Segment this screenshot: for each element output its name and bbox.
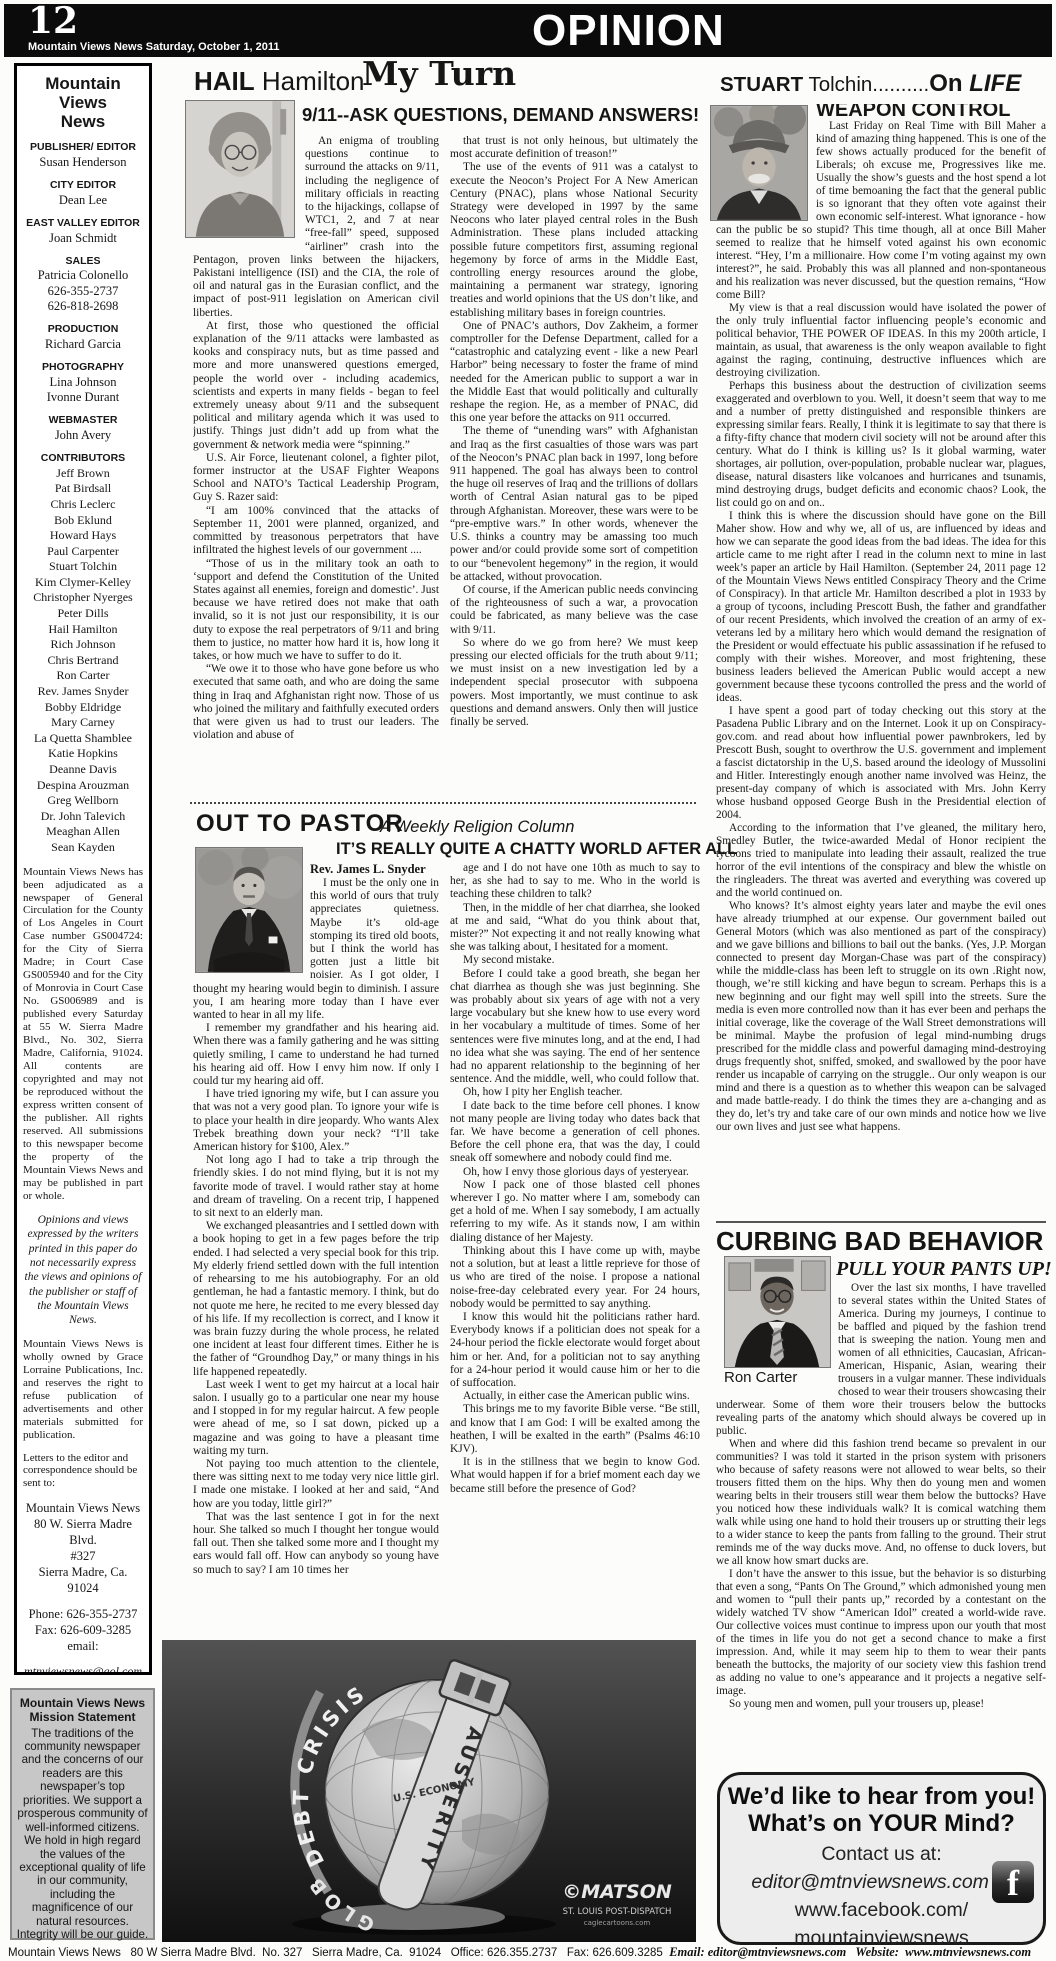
article-paragraph: U.S. Air Force, lieutenant colonel, a fi…: [193, 452, 439, 505]
contributor-name: Bobby Eldridge: [23, 700, 143, 716]
staff-entry: SALES Patricia Colonello 626-355-2737 62…: [23, 255, 143, 314]
article-paragraph: I date back to the time before cell phon…: [450, 1100, 700, 1166]
article-paragraph: My second mistake.: [450, 954, 700, 967]
pastor-column-2: age and I do not have one 10th as much t…: [450, 862, 700, 1614]
article-paragraph: This brings me to my favorite Bible vers…: [450, 1403, 700, 1456]
article-paragraph: “I am 100% convinced that the attacks of…: [193, 505, 439, 558]
section-divider: [190, 802, 696, 804]
contributor-name: Chris Bertrand: [23, 653, 143, 669]
staff-role: WEBMASTER: [23, 414, 143, 428]
on-life-kicker: STUART Tolchin..........On LIFE: [720, 70, 1021, 98]
article-paragraph: Last week I went to get my haircut at a …: [193, 1379, 439, 1458]
article-paragraph: Thinking about this I have come up with,…: [450, 1245, 700, 1311]
feedback-box: We’d like to hear from you! What’s on YO…: [717, 1772, 1046, 1945]
article-paragraph: I remember my grandfather and his hearin…: [193, 1022, 439, 1088]
page-number: 12: [28, 0, 78, 42]
my-turn-column-2: that trust is not only heinous, but ulti…: [450, 135, 698, 803]
page-banner: 12 Mountain Views News Saturday, October…: [4, 4, 1052, 57]
feedback-facebook-url-1: www.facebook.com/: [720, 1899, 1043, 1922]
contact-email: mtnviewsnews@aol.com: [23, 1664, 143, 1675]
staff-role: EAST VALLEY EDITOR: [23, 217, 143, 231]
globe-austerity-cartoon: AUSTERITY DEBT CRISIS GLOBAL U.S. ECONOM…: [162, 1640, 696, 1942]
article-paragraph: that trust is not only heinous, but ulti…: [450, 135, 698, 161]
brand-on: On: [929, 70, 969, 97]
masthead-box: Mountain Views News PUBLISHER/ EDITOR Su…: [14, 63, 152, 1675]
phone-fax-block: Phone: 626-355-2737 Fax: 626-609-3285 em…: [23, 1606, 143, 1654]
article-paragraph: Actually, in either case the American pu…: [450, 1390, 700, 1403]
staff-names: Susan Henderson: [23, 155, 143, 170]
opinions-disclaimer: Opinions and views expressed by the writ…: [23, 1213, 143, 1328]
pastor-subtitle: A Weekly Religion Column: [380, 818, 574, 837]
article-paragraph: age and I do not have one 10th as much t…: [450, 862, 700, 902]
kicker-bold: STUART: [720, 73, 803, 96]
article-paragraph: I know this would hit the politicians ra…: [450, 1311, 700, 1390]
staff-role: PRODUCTION: [23, 323, 143, 337]
contributor-name: Stuart Tolchin: [23, 559, 143, 575]
ownership-notice: Mountain Views News is wholly owned by G…: [23, 1338, 143, 1442]
contributors-label: CONTRIBUTORS: [23, 452, 143, 466]
kicker-bold: HAIL: [194, 66, 255, 96]
staff-list: PUBLISHER/ EDITOR Susan Henderson CITY E…: [23, 141, 143, 443]
contributor-name: Deanne Davis: [23, 762, 143, 778]
contributor-name: Chris Leclerc: [23, 497, 143, 513]
contributor-name: Bob Eklund: [23, 513, 143, 529]
article-paragraph: I have tried ignoring my wife, but I can…: [193, 1088, 439, 1154]
contributor-name: Hail Hamilton: [23, 622, 143, 638]
staff-entry: PRODUCTION Richard Garcia: [23, 323, 143, 352]
pastor-title: OUT TO PASTOR: [196, 810, 404, 838]
feedback-line1: We’d like to hear from you!: [720, 1784, 1043, 1811]
article-paragraph: Then, in the middle of her chat diarrhea…: [450, 902, 700, 955]
staff-names: Patricia Colonello 626-355-2737 626-818-…: [23, 268, 143, 314]
on-life-body: WEAPON CONTROL Last Friday on Real Time …: [716, 104, 1046, 1206]
staff-role: SALES: [23, 255, 143, 269]
article-paragraph: That was the last sentence I got in for …: [193, 1511, 439, 1577]
article-paragraph: We exchanged pleasantries and I settled …: [193, 1220, 439, 1378]
article-paragraph: Not paying too much attention to the cli…: [193, 1458, 439, 1511]
masthead-title: Mountain Views News: [23, 74, 143, 131]
contributor-name: Meaghan Allen: [23, 824, 143, 840]
article-paragraph: Oh, how I pity her English teacher.: [450, 1086, 700, 1099]
contributor-name: Dr. John Talevich: [23, 809, 143, 825]
kicker-name: Hamilton: [255, 66, 365, 96]
contributors-list: Jeff BrownPat BirdsallChris LeclercBob E…: [23, 466, 143, 856]
syndicate-credit: ST. LOUIS POST-DISPATCH: [563, 1907, 672, 1917]
my-turn-column-1: An enigma of troubling questions continu…: [193, 135, 439, 800]
contributor-name: Rev. James Snyder: [23, 684, 143, 700]
staff-role: PUBLISHER/ EDITOR: [23, 141, 143, 155]
article-paragraph: So where do we go from here? We must kee…: [450, 637, 698, 729]
article-paragraph: The use of the events of 911 was a catal…: [450, 161, 698, 319]
contributor-name: Kim Clymer-Kelley: [23, 575, 143, 591]
article-paragraph: So young men and women, pull your trouse…: [716, 1698, 1046, 1711]
mission-statement-box: Mountain Views News Mission Statement Th…: [10, 1688, 155, 1940]
article-paragraph: “Those of us in the military took an oat…: [193, 558, 439, 664]
mailing-address: Mountain Views News 80 W. Sierra Madre B…: [23, 1500, 143, 1596]
feedback-line2: What’s on YOUR Mind?: [720, 1811, 1043, 1838]
mission-title: Mountain Views News Mission Statement: [16, 1697, 149, 1725]
article-paragraph: It is in the stillness that we begin to …: [450, 1456, 700, 1496]
facebook-icon: f: [992, 1861, 1034, 1903]
contributor-name: Despina Arouzman: [23, 778, 143, 794]
section-divider: [716, 1221, 1046, 1223]
contributor-name: Pat Birdsall: [23, 481, 143, 497]
photo-spacer: [716, 104, 816, 224]
contributor-name: Katie Hopkins: [23, 746, 143, 762]
article-paragraph: One of PNAC’s authors, Dov Zakheim, a fo…: [450, 320, 698, 426]
article-paragraph: The theme of “unending wars” with Afghan…: [450, 425, 698, 583]
contributor-name: Paul Carpenter: [23, 544, 143, 560]
staff-entry: PHOTOGRAPHY Lina Johnson Ivonne Durant: [23, 361, 143, 405]
my-turn-headline: 9/11--ASK QUESTIONS, DEMAND ANSWERS!: [302, 104, 699, 126]
article-paragraph: Now I pack one of those blasted cell pho…: [450, 1179, 700, 1245]
staff-names: Lina Johnson Ivonne Durant: [23, 375, 143, 406]
article-paragraph: I don’t have the answer to this issue, b…: [716, 1568, 1046, 1698]
contributor-name: Ron Carter: [23, 668, 143, 684]
article-paragraph: Not long ago I had to take a trip throug…: [193, 1154, 439, 1220]
contributor-name: Sean Kayden: [23, 840, 143, 856]
page-footer: Mountain Views News 80 W Sierra Madre Bl…: [8, 1945, 1052, 1960]
article-paragraph: Who knows? It’s almost eighty years late…: [716, 900, 1046, 1134]
photo-spacer: [193, 135, 305, 242]
cagle-credit: caglecartoons.com: [584, 1919, 651, 1927]
footer-address: Mountain Views News 80 W Sierra Madre Bl…: [8, 1947, 669, 1959]
staff-role: PHOTOGRAPHY: [23, 361, 143, 375]
contributor-name: Howard Hays: [23, 528, 143, 544]
contributor-name: Rich Johnson: [23, 637, 143, 653]
cartoonist-signature: ©MATSON: [562, 1881, 672, 1903]
article-paragraph: My view is that a real discussion would …: [716, 302, 1046, 380]
staff-names: Joan Schmidt: [23, 231, 143, 246]
contributor-name: Greg Wellborn: [23, 793, 143, 809]
staff-entry: EAST VALLEY EDITOR Joan Schmidt: [23, 217, 143, 246]
article-paragraph: Perhaps this business about the destruct…: [716, 380, 1046, 510]
section-title: OPINION: [532, 6, 725, 56]
curbing-body: Over the last six months, I have travell…: [716, 1282, 1046, 1762]
staff-role: CITY EDITOR: [23, 179, 143, 193]
footer-email: editor@mtnviewsnews.com: [708, 1945, 847, 1959]
my-turn-brand: My Turn: [362, 54, 516, 93]
article-paragraph: I think this is where the discussion sho…: [716, 510, 1046, 705]
staff-entry: CITY EDITOR Dean Lee: [23, 179, 143, 208]
article-paragraph: At first, those who questioned the offic…: [193, 320, 439, 452]
footer-website-label: Website:: [846, 1945, 905, 1959]
paragraph-list: Last Friday on Real Time with Bill Maher…: [716, 120, 1046, 1134]
curbing-title: CURBING BAD BEHAVIOR: [716, 1226, 1043, 1257]
staff-entry: WEBMASTER John Avery: [23, 414, 143, 443]
footer-email-label: Email:: [669, 1945, 708, 1959]
article-paragraph: Before I could take a good breath, she b…: [450, 968, 700, 1087]
kicker-name: Tolchin..........: [803, 73, 929, 96]
legal-notice: Mountain Views News has been adjudicated…: [23, 866, 143, 1203]
pastor-column-1: Rev. James L. Snyder I must be the only …: [193, 862, 439, 1614]
article-paragraph: I have spent a good part of today checki…: [716, 705, 1046, 822]
staff-names: Dean Lee: [23, 193, 143, 208]
article-paragraph: Of course, if the American public needs …: [450, 584, 698, 637]
paragraph-list: that trust is not only heinous, but ulti…: [450, 135, 698, 729]
curbing-headline: PULL YOUR PANTS UP!: [836, 1258, 1052, 1281]
photo-spacer: [716, 1282, 838, 1388]
staff-names: Richard Garcia: [23, 337, 143, 352]
staff-names: John Avery: [23, 428, 143, 443]
contributor-name: Christopher Nyerges: [23, 590, 143, 606]
article-paragraph: Oh, how I envy those glorious days of ye…: [450, 1166, 700, 1179]
paragraph-list: age and I do not have one 10th as much t…: [450, 862, 700, 1496]
paper-dateline: Mountain Views News Saturday, October 1,…: [28, 41, 279, 53]
photo-spacer: [193, 862, 310, 977]
article-paragraph: According to the information that I’ve g…: [716, 822, 1046, 900]
article-paragraph: When and where did this fashion trend be…: [716, 1438, 1046, 1568]
letters-note: Letters to the editor and correspondence…: [23, 1452, 143, 1491]
contributor-name: La Quetta Shamblee: [23, 731, 143, 747]
staff-entry: PUBLISHER/ EDITOR Susan Henderson: [23, 141, 143, 170]
contributor-name: Jeff Brown: [23, 466, 143, 482]
paragraph-list: I must be the only one in this world of …: [193, 877, 439, 1577]
pastor-headline: IT’S REALLY QUITE A CHATTY WORLD AFTER A…: [336, 840, 737, 859]
article-paragraph: “We owe it to those who have gone before…: [193, 663, 439, 742]
my-turn-kicker: HAIL Hamilton: [194, 66, 365, 97]
brand-life: LIFE: [969, 70, 1021, 97]
contributor-name: Mary Carney: [23, 715, 143, 731]
contributor-name: Peter Dills: [23, 606, 143, 622]
newspaper-page: 12 Mountain Views News Saturday, October…: [0, 0, 1056, 1961]
editorial-cartoon: AUSTERITY DEBT CRISIS GLOBAL U.S. ECONOM…: [162, 1640, 696, 1942]
footer-website: www.mtnviewsnews.com: [905, 1945, 1031, 1959]
mission-body: The traditions of the community newspape…: [16, 1727, 149, 1942]
